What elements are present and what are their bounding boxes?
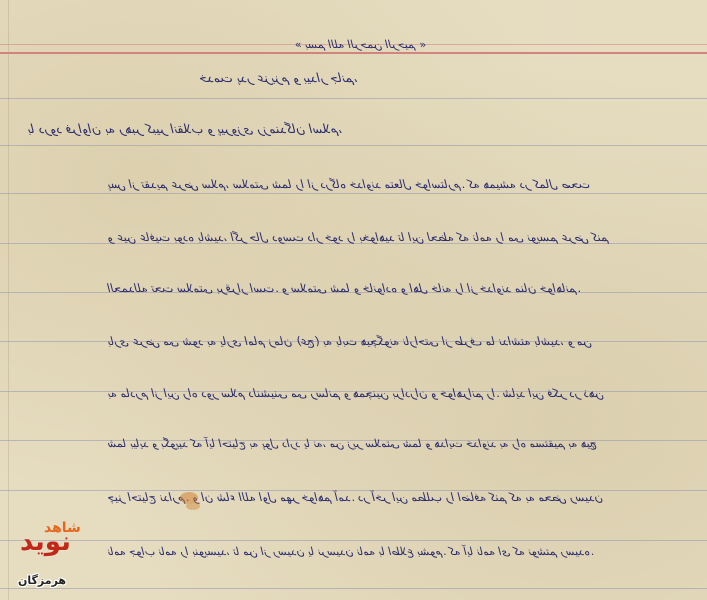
letter-body: « بسم الله الرحمن الرحیم » خدمت پدر عزیز… bbox=[0, 0, 707, 600]
paper-stain bbox=[180, 492, 198, 504]
letter-page: « بسم الله الرحمن الرحیم » خدمت پدر عزیز… bbox=[0, 0, 707, 600]
watermark-logo: شاهد نوید هرمزگان bbox=[14, 526, 94, 596]
letter-line: شما بیاید و بگویید که آیا احتیاج به پول … bbox=[108, 437, 597, 450]
letter-line: با درود فراوان به رهبر کبیر انقلاب و پیر… bbox=[28, 121, 343, 136]
letter-salutation: خدمت پدر عزیزم و بیدار جانم، bbox=[200, 70, 358, 85]
letter-line: نامه جواب نامه را بنویسید، تا من از رسید… bbox=[108, 545, 594, 558]
watermark-title: نوید bbox=[20, 528, 71, 556]
letter-line: باری عرض می شود به یاری امام زمان (عج) ب… bbox=[108, 334, 592, 348]
letter-line: پس از تقدیم عرض سلام، سلامتی شما را از د… bbox=[108, 177, 591, 191]
letter-line: الحمدلله تحت سلامتی برقرار است. و سلامتی… bbox=[108, 281, 581, 295]
letter-line: به مادرم از این راه دور سلام دلنشینی می … bbox=[108, 386, 604, 400]
letter-header: « بسم الله الرحمن الرحیم » bbox=[295, 38, 426, 51]
watermark-subtitle: هرمزگان bbox=[18, 574, 66, 587]
letter-line: و عین عافیت بوده باشید، اگر حال دوست دار… bbox=[108, 230, 609, 244]
